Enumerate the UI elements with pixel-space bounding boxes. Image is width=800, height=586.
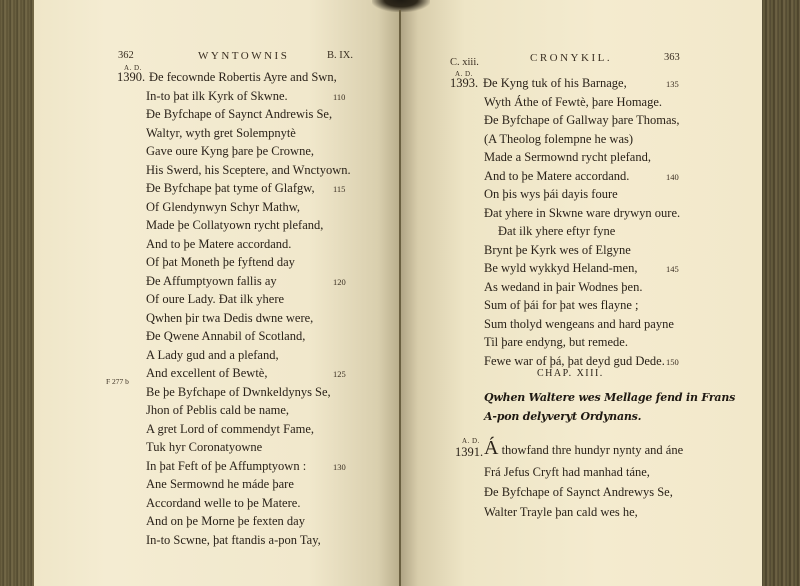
right-year: 1393.	[450, 76, 478, 91]
verse-line: Frá Jefus Cryft had manhad táne,	[484, 464, 650, 481]
folio-note: F 277 b	[106, 377, 129, 386]
verse-line: And to þe Matere accordand.	[146, 236, 291, 253]
verse-line: Ðat yhere in Skwne ware drywyn oure.	[484, 205, 680, 222]
verse-line: Ðe fecownde Robertis Ayre and Swn,	[149, 69, 337, 86]
book-gutter-shadow	[372, 0, 430, 12]
verse-line: Be wyld wykkyd Heland-men,	[484, 260, 637, 277]
verse-line: A Lady gud and a plefand,	[146, 347, 279, 364]
right-chapter-ref: C. xiii.	[450, 57, 479, 68]
line-number: 145	[666, 264, 679, 274]
verse-line: Ðe Byfchape of Saynct Andrewis Se,	[146, 106, 332, 123]
line-number: 150	[666, 357, 679, 367]
drop-cap: Á	[484, 437, 498, 459]
line-number: 130	[333, 462, 346, 472]
verse-line: Jhon of Peblis cald be name,	[146, 402, 289, 419]
book-gutter	[399, 10, 401, 586]
verse-line: In-to Scwne, þat ftandis a-pon Tay,	[146, 532, 321, 549]
verse-line: And to þe Matere accordand.	[484, 168, 629, 185]
left-page-number: 362	[118, 50, 134, 61]
verse-line: Ðe Byfchape of Gallway þare Thomas,	[484, 112, 680, 129]
verse-line: And on þe Morne þe fexten day	[146, 513, 305, 530]
verse-line: Ðe Kyng tuk of his Barnage,	[483, 75, 627, 92]
verse-line: Ane Sermownd he máde þare	[146, 476, 294, 493]
verse-line: In-to þat ilk Kyrk of Skwne.	[146, 88, 288, 105]
verse-line: And excellent of Bewtè,	[146, 365, 267, 382]
verse-line: Gave oure Kyng þare þe Crowne,	[146, 143, 314, 160]
verse-line: Qwhen þir twa Dedis dwne were,	[146, 310, 313, 327]
left-running-title: WYNTOWNIS	[198, 50, 289, 62]
book-fore-edge-right	[762, 0, 800, 586]
verse-line: Of þat Moneth þe fyftend day	[146, 254, 295, 271]
verse-line: Of oure Lady. Ðat ilk yhere	[146, 291, 284, 308]
verse-line: Be þe Byfchape of Dwnkeldynys Se,	[146, 384, 331, 401]
verse-line: Brynt þe Kyrk wes of Elgyne	[484, 242, 631, 259]
line-number: 140	[666, 172, 679, 182]
line-number: 110	[333, 92, 345, 102]
line-number: 135	[666, 79, 679, 89]
verse-line: In þat Feft of þe Affumptyown :	[146, 458, 306, 475]
line-number: 125	[333, 369, 346, 379]
verse-line: Accordand welle to þe Matere.	[146, 495, 300, 512]
chapter-ad-label: A. D.	[462, 437, 480, 445]
verse-line: Fewe war of þá, þat deyd gud Dede.	[484, 353, 665, 370]
verse-line: On þis wys þái dayis foure	[484, 186, 618, 203]
verse-line: Til þare endyng, but remede.	[484, 334, 628, 351]
chapter-year: 1391.	[455, 445, 483, 460]
verse-line: Waltyr, wyth gret Solempnytè	[146, 125, 296, 142]
line-number: 115	[333, 184, 345, 194]
chapter-first-line: Á thowfand thre hundyr nynty and áne	[484, 442, 683, 459]
verse-line: (A Theolog folempne he was)	[484, 131, 633, 148]
right-running-title: CRONYKIL.	[530, 52, 612, 64]
verse-line: Tuk hyr Coronatyowne	[146, 439, 262, 456]
left-book-ref: B. IX.	[327, 50, 353, 61]
line-number: 120	[333, 277, 346, 287]
verse-line: Ðat ilk yhere eftyr fyne	[498, 223, 615, 240]
verse-line: Ðe Affumptyown fallis ay	[146, 273, 277, 290]
chapter-heading: CHAP. XIII.	[537, 368, 604, 379]
verse-line: Made þe Collatyown rycht plefand,	[146, 217, 323, 234]
chapter-subtitle-1: Qwhen Waltere wes Mellage fend in Frans	[484, 391, 735, 404]
verse-line: Wyth Áthe of Fewtè, þare Homage.	[484, 94, 662, 111]
book-fore-edge-left	[0, 0, 34, 586]
verse-line: His Swerd, his Sceptere, and Wnctyown.	[146, 162, 351, 179]
verse-line: Of Glendynwyn Schyr Mathw,	[146, 199, 300, 216]
verse-line: Ðe Byfchape of Saynct Andrewys Se,	[484, 484, 673, 501]
verse-line: As wedand in þair Wodnes þen.	[484, 279, 642, 296]
verse-line: Sum tholyd wengeans and hard payne	[484, 316, 674, 333]
chapter-subtitle-2: A-pon delyveryt Ordynans.	[484, 410, 641, 423]
verse-line: Sum of þái for þat wes flayne ;	[484, 297, 638, 314]
left-year: 1390.	[117, 70, 145, 85]
verse-line: A gret Lord of commendyt Fame,	[146, 421, 314, 438]
verse-line: Ðe Qwene Annabil of Scotland,	[146, 328, 305, 345]
verse-line: Walter Trayle þan cald wes he,	[484, 504, 638, 521]
verse-line: Made a Sermownd rycht plefand,	[484, 149, 651, 166]
verse-line: Ðe Byfchape þat tyme of Glafgw,	[146, 180, 315, 197]
right-page-number: 363	[664, 52, 680, 63]
